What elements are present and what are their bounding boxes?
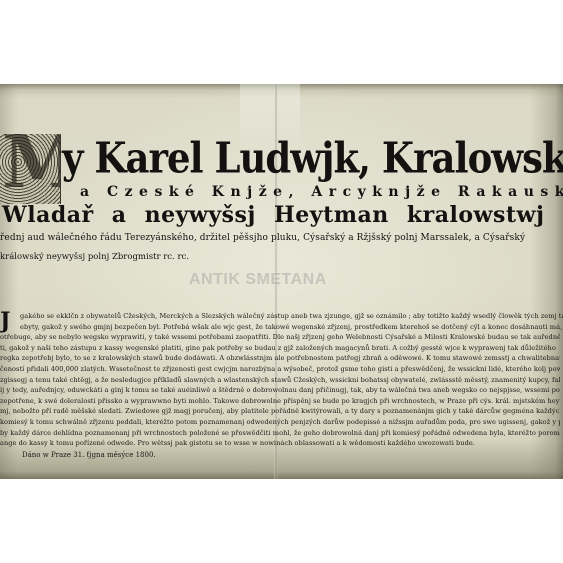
body-line: by každý dárce dehlídna poznamenanj při … bbox=[0, 429, 560, 437]
initial-letter: M bbox=[2, 134, 61, 198]
body-line: gakého se ekklčn z obywatelů Cžeských, M… bbox=[20, 312, 563, 320]
body-line: zepotřene, k swé doleralosti přissko a w… bbox=[0, 397, 560, 405]
body-line: mj, nebožto pří radě měšské sledati. Zwi… bbox=[0, 407, 560, 415]
body-drop-cap: J bbox=[0, 310, 10, 332]
body-line: ebyty, gakož y swého gmjnj bezpečen byl.… bbox=[20, 323, 563, 331]
title-prince-line: a Czeské Knjže, Arcyknjže Rakauské rc. bbox=[80, 184, 563, 200]
body-line: otřebuge, aby se nebylo wegsko wyprawiti… bbox=[0, 333, 560, 341]
body-line: ti, gakož y naši teho zástupu z kassy we… bbox=[0, 344, 560, 352]
watermark: ANTIK SMETANA bbox=[189, 271, 327, 289]
decorative-initial: M bbox=[0, 134, 61, 204]
body-line: ange do kassy k tomu pořízené odwede. Pr… bbox=[0, 439, 560, 447]
title-name-line: y Karel Ludwjk, Kralowske Wherske bbox=[62, 132, 563, 183]
body-line: čeností přidali 400,000 zlatých. Wsseteč… bbox=[0, 365, 560, 373]
body-line: regka zepotřebj bylo, to se z kralowskýc… bbox=[0, 354, 560, 362]
title-orders-line: řednj aud wálečného řádu Terezyánského, … bbox=[0, 233, 525, 243]
title-governor-line: Wladař a neywyšsj Heytman kralowstwj Cze… bbox=[2, 202, 563, 228]
body-line: zgissegj a tenu také chtěgj, a že nesled… bbox=[0, 376, 560, 384]
title-rank-line: králowský neywyšsj polnj Zbrogmistr rc. … bbox=[0, 252, 189, 262]
body-line: ij y tedy, auřednjcy, oduwckáti a ginj k… bbox=[0, 386, 560, 394]
body-line: komiesý k tomu schwálně zřjzenu peddali,… bbox=[0, 418, 560, 426]
date-line: Dáno w Praze 31. ťjgna měsýce 1800. bbox=[22, 451, 156, 459]
